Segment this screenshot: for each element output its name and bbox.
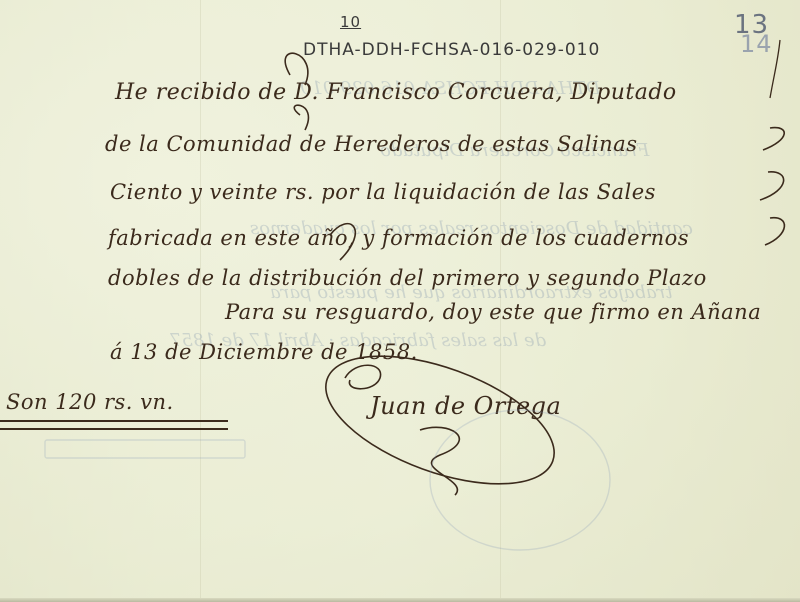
signature-rubric-oval — [309, 330, 570, 510]
page-bottom-edge — [0, 598, 800, 602]
signature-rubric-loop — [420, 427, 459, 495]
ink-flourishes — [0, 0, 800, 602]
document-page: DTHA-DDH-FCHSA-016-029-010 Francisco Cor… — [0, 0, 800, 602]
